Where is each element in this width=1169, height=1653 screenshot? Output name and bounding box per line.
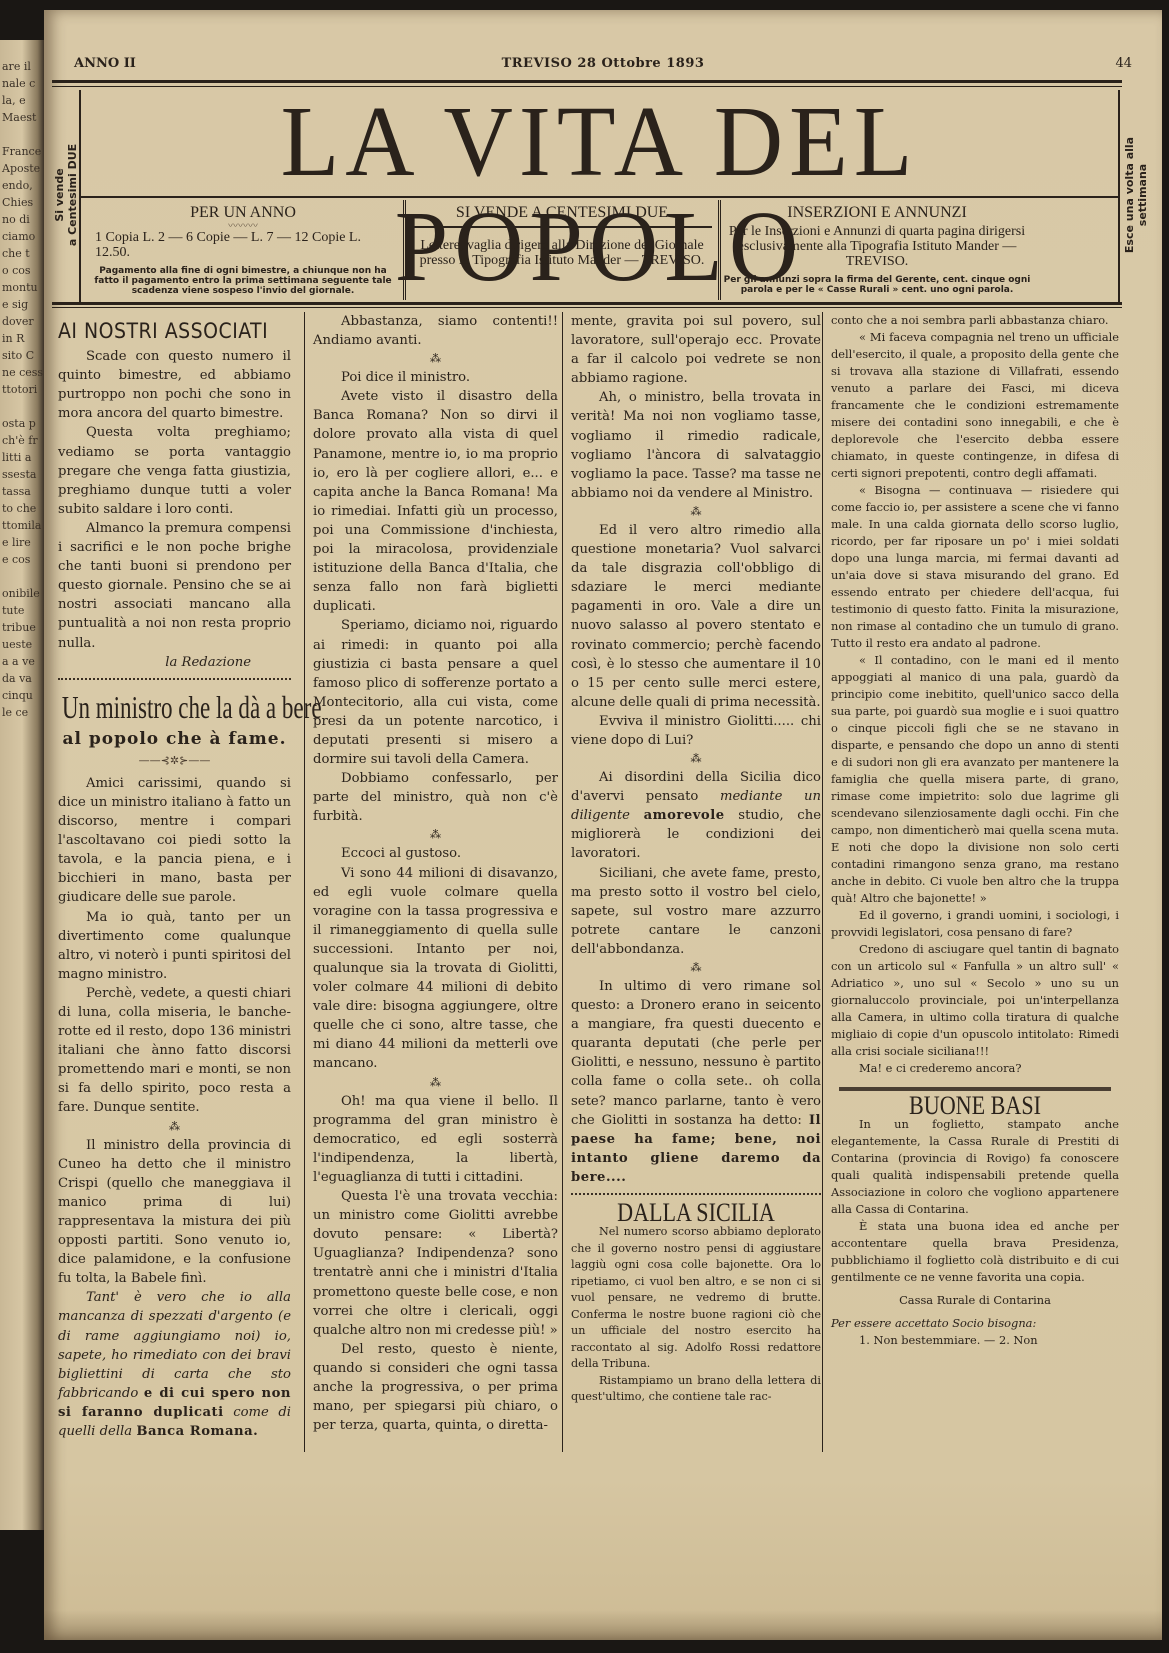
paragraph: Ma io quà, tanto per un divertimento com…	[58, 908, 291, 984]
ads-text: Per le Inserzioni e Annunzi di quarta pa…	[721, 224, 1033, 269]
masthead: Si vendea Centesimi DUE LA VITA DEL POPO…	[79, 90, 1120, 302]
signature: la Redazione	[58, 653, 291, 672]
fragment-line: cinqu	[2, 687, 44, 704]
paragraph: Del resto, questo è niente, quando si co…	[313, 1340, 558, 1435]
side-note-right: Esce una volta allasettimana	[1120, 100, 1152, 290]
ads-heading: INSERZIONI E ANNUNZI	[721, 204, 1033, 222]
subscription-box: PER UN ANNO 〰〰〰 1 Copia L. 2 — 6 Copie —…	[87, 200, 399, 300]
paragraph: mente, gravita poi sul povero, sul lavor…	[571, 312, 821, 388]
paragraph: Nel numero scorso abbiamo deplorato che …	[571, 1224, 821, 1373]
side-left-line2: a Centesimi DUE	[66, 144, 79, 246]
fragment-line: ne cess	[2, 364, 44, 381]
fragment-line: tute	[2, 602, 44, 619]
subscription-note: Pagamento alla fine di ogni bimestre, a …	[87, 266, 399, 296]
date-place: TREVISO 28 Ottobre 1893	[74, 56, 1132, 71]
paragraph: « Il contadino, con le mani ed il mento …	[831, 652, 1119, 907]
subscription-prices: 1 Copia L. 2 — 6 Copie — L. 7 — 12 Copie…	[87, 230, 399, 260]
newspaper-page: ANNO II TREVISO 28 Ottobre 1893 44 Si ve…	[44, 10, 1162, 1640]
heading-ai-nostri-associati: AI NOSTRI ASSOCIATI	[58, 322, 291, 341]
ads-note: Per gli annunzi sopra la firma del Geren…	[721, 275, 1033, 295]
sale-text: Lettere, vaglia dirigere alla Direzione …	[406, 238, 718, 268]
fragment-line: Maest	[2, 109, 44, 126]
paragraph: Ed il governo, i grandi uomini, i sociol…	[831, 907, 1119, 941]
asterism: ⁂	[313, 1076, 558, 1090]
side-right-line2: settimana	[1136, 164, 1149, 226]
fragment-line: tribue	[2, 619, 44, 636]
fragment-line	[2, 126, 44, 143]
paragraph: Siciliani, che avete fame, presto, ma pr…	[571, 864, 821, 959]
paragraph: Questa l'è una trovata vecchia: un minis…	[313, 1187, 558, 1340]
paragraph: Questa volta preghiamo; vediamo se porta…	[58, 423, 291, 518]
paragraph: « Bisogna — continuava — risiedere qui c…	[831, 482, 1119, 652]
paragraph: Ed il vero altro rimedio alla questione …	[571, 521, 821, 712]
subscription-heading: PER UN ANNO	[87, 204, 399, 222]
paragraph: Oh! ma qua viene il bello. Il programma …	[313, 1092, 558, 1187]
asterism: ⁂	[571, 752, 821, 766]
paragraph: Credono di asciugare quel tantin di bagn…	[831, 941, 1119, 1060]
heading-buone-basi: BUONE BASI	[853, 1097, 1098, 1114]
side-left-line1: Si vende	[53, 168, 66, 221]
paragraph: Ah, o ministro, bella trovata in verità!…	[571, 388, 821, 503]
paragraph: Amici carissimi, quando si dice un minis…	[58, 774, 291, 908]
paragraph: Abbastanza, siamo contenti!! Andiamo ava…	[313, 312, 558, 350]
paragraph: Per essere accettato Socio bisogna:	[831, 1315, 1119, 1332]
paragraph: Perchè, vedete, a questi chiari di luna,…	[58, 984, 291, 1118]
paragraph: 1. Non bestemmiare. — 2. Non	[831, 1332, 1119, 1349]
paragraph: Speriamo, diciamo noi, riguardo ai rimed…	[313, 616, 558, 769]
paragraph: Il ministro della provincia di Cuneo ha …	[58, 1136, 291, 1289]
ads-box: INSERZIONI E ANNUNZI Per le Inserzioni e…	[721, 200, 1033, 300]
paragraph: Almanco la premura compensi i sacrifici …	[58, 519, 291, 653]
asterism: ⁂	[571, 505, 821, 519]
sale-rule	[412, 226, 712, 228]
paragraph: Ristampiamo un brano della lettera di qu…	[571, 1373, 821, 1406]
bold-text: Banca Romana.	[136, 1424, 258, 1439]
paragraph: Ai disordini della Sicilia dico d'avervi…	[571, 768, 821, 863]
fragment-line: in R	[2, 330, 44, 347]
fragment-line: che t	[2, 245, 44, 262]
fragment-line: ttomila	[2, 517, 44, 534]
column-3: mente, gravita poi sul povero, sul lavor…	[562, 312, 821, 1452]
wavy-divider	[58, 678, 291, 682]
page-bottom-edge	[44, 1610, 1162, 1640]
side-note-left: Si vendea Centesimi DUE	[53, 100, 79, 290]
article-subtitle: al popolo che à fame.	[58, 730, 291, 749]
heading-dalla-sicilia: DALLA SICILIA	[590, 1203, 803, 1222]
fragment-line: ssesta	[2, 466, 44, 483]
asterism: ⁂	[313, 352, 558, 366]
paragraph: Tant' è vero che io alla mancanza di spe…	[58, 1288, 291, 1441]
fragment-line: tassa	[2, 483, 44, 500]
bold-text: amorevole	[644, 808, 725, 823]
ornament-divider: ——⊰✲⊱——	[58, 751, 291, 770]
fragment-line: a a ve	[2, 653, 44, 670]
asterism: ⁂	[313, 828, 558, 842]
paragraph: Ma! e ci crederemo ancora?	[831, 1060, 1119, 1077]
fragment-line: montu	[2, 279, 44, 296]
fragment-line: onibile	[2, 585, 44, 602]
paragraph: È stata una buona idea ed anche per acco…	[831, 1218, 1119, 1286]
masthead-rule	[81, 196, 1118, 198]
asterism: ⁂	[571, 961, 821, 975]
sale-heading: SI VENDE A CENTESIMI DUE	[406, 204, 718, 222]
fragment-line: to che	[2, 500, 44, 517]
issue-number: 44	[1115, 56, 1132, 71]
fragment-line: France	[2, 143, 44, 160]
fragment-line: Aposte	[2, 160, 44, 177]
paragraph: « Mi faceva compagnia nel treno un uffic…	[831, 329, 1119, 482]
fragment-line: la, e	[2, 92, 44, 109]
paragraph: Eccoci al gustoso.	[313, 844, 558, 863]
previous-page-text-fragments: are ilnale cla, eMaest FranceAposteendo,…	[0, 40, 44, 721]
sale-box: SI VENDE A CENTESIMI DUE Lettere, vaglia…	[403, 200, 721, 300]
paragraph: Scade con questo numero il quinto bimest…	[58, 347, 291, 423]
column-1: AI NOSTRI ASSOCIATI Scade con questo num…	[58, 312, 291, 1441]
paragraph: Avete visto il disastro della Banca Roma…	[313, 387, 558, 616]
fragment-line: ch'è fr	[2, 432, 44, 449]
fragment-line: ueste	[2, 636, 44, 653]
paragraph: Dobbiamo confessarlo, per parte del mini…	[313, 769, 558, 826]
previous-page-edge: are ilnale cla, eMaest FranceAposteendo,…	[0, 40, 44, 1530]
fragment-line: no di	[2, 211, 44, 228]
fragment-line: da va	[2, 670, 44, 687]
article-title: Un ministro che la dà a bere	[62, 688, 287, 726]
fragment-line: ttotori	[2, 381, 44, 398]
masthead-bottom-rule	[52, 302, 1122, 308]
fragment-line: sito C	[2, 347, 44, 364]
fragment-line: o cos	[2, 262, 44, 279]
asterism: ⁂	[58, 1120, 291, 1134]
paragraph: In ultimo di vero rimane sol questo: a D…	[571, 977, 821, 1187]
fragment-line: ciamo	[2, 228, 44, 245]
fragment-line	[2, 568, 44, 585]
fragment-line: litti a	[2, 449, 44, 466]
side-right-line1: Esce una volta alla	[1123, 137, 1136, 253]
paragraph: conto che a noi sembra parli abbastanza …	[831, 312, 1119, 329]
fragment-line	[2, 398, 44, 415]
fragment-line: le ce	[2, 704, 44, 721]
fragment-line: Chies	[2, 194, 44, 211]
column-2: Abbastanza, siamo contenti!! Andiamo ava…	[304, 312, 558, 1452]
fragment-line: osta p	[2, 415, 44, 432]
paragraph: In un foglietto, stampato anche elegante…	[831, 1116, 1119, 1218]
paragraph: Poi dice il ministro.	[313, 368, 558, 387]
cassa-signature: Cassa Rurale di Contarina	[831, 1292, 1119, 1309]
italic-text: Tant' è vero che io alla mancanza di spe…	[58, 1290, 291, 1400]
text: In ultimo di vero rimane sol questo: a D…	[571, 979, 821, 1128]
fragment-line: e cos	[2, 551, 44, 568]
fragment-line: e lire	[2, 534, 44, 551]
wavy-divider	[571, 1193, 821, 1197]
fragment-line: dover	[2, 313, 44, 330]
column-4: conto che a noi sembra parli abbastanza …	[822, 312, 1119, 1452]
fragment-line: are il	[2, 58, 44, 75]
dateline: ANNO II TREVISO 28 Ottobre 1893 44	[74, 56, 1132, 76]
fragment-line: e sig	[2, 296, 44, 313]
fragment-line: nale c	[2, 75, 44, 92]
fragment-line: endo,	[2, 177, 44, 194]
paragraph: Vi sono 44 milioni di disavanzo, ed egli…	[313, 864, 558, 1074]
paragraph: Evviva il ministro Giolitti..... chi vie…	[571, 712, 821, 750]
